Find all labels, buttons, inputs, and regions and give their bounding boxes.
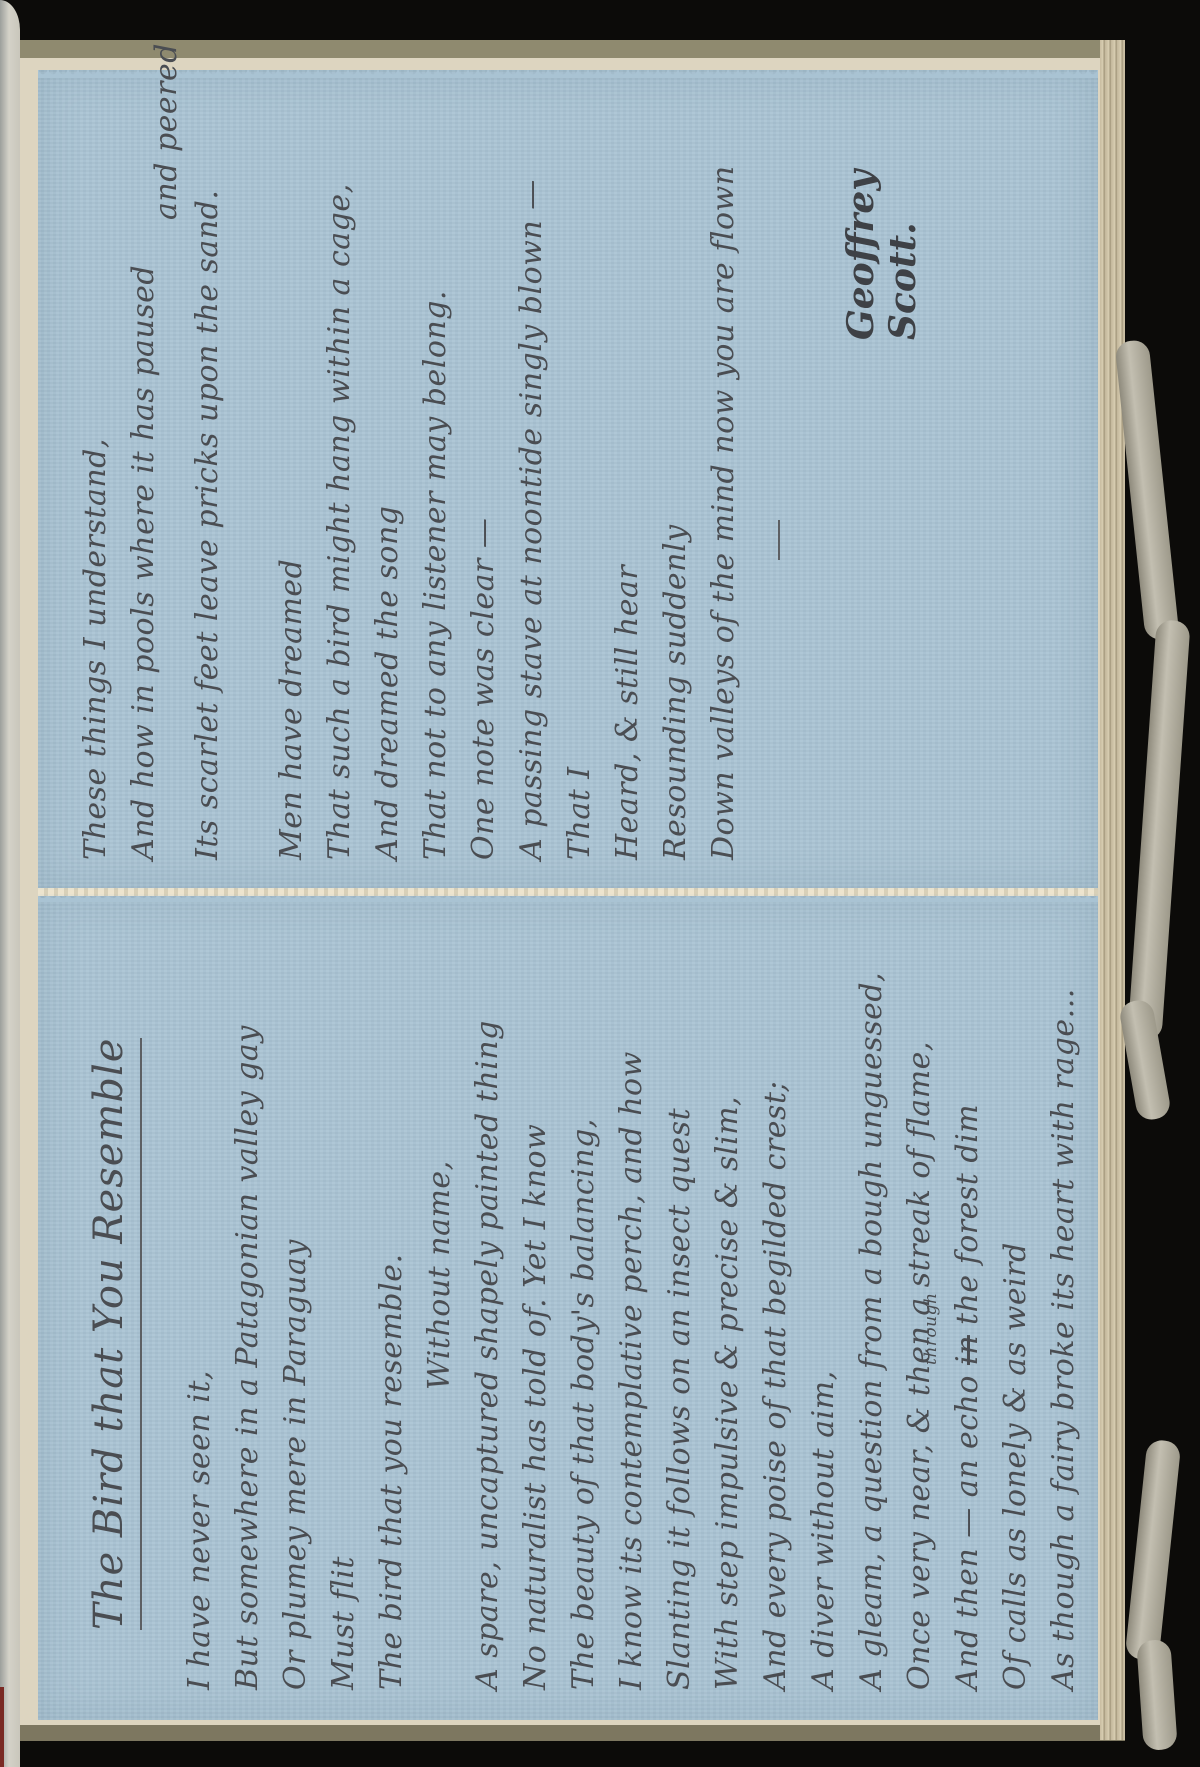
poem-line: One note was clear —	[460, 100, 508, 860]
poem-line: And every poise of that begilded crest;	[752, 924, 800, 1690]
poem-lines-page-one: I have never seen it, But somewhere in a…	[176, 924, 1088, 1690]
poem-line: With step impulsive & precise & slim,	[704, 924, 752, 1690]
poem-line: But somewhere in a Patagonian valley gay	[224, 924, 272, 1690]
poem-line: Heard, & still hear	[604, 100, 652, 860]
poem-line: Its scarlet feet leave pricks upon the s…	[184, 100, 232, 860]
album-top-edge	[20, 40, 1125, 58]
poem-line: Must flit	[320, 924, 368, 1690]
poem-line-with-correction: And then — an echo through in the forest…	[944, 924, 992, 1690]
poem-page-two: These things I understand, And how in po…	[38, 70, 1098, 890]
poem-line: No naturalist has told of. Yet I know	[512, 924, 560, 1690]
poem-line: A spare, uncaptured shapely painted thin…	[464, 924, 512, 1690]
poem-line: Men have dreamed	[268, 100, 316, 860]
inserted-word: through	[922, 1293, 940, 1365]
poem-line: The beauty of that body's balancing,	[560, 924, 608, 1690]
poem-line: As though a fairy broke its heart with r…	[1040, 924, 1088, 1690]
poem-line: Down valleys of the mind now you are flo…	[700, 100, 748, 860]
poem-line: These things I understand,	[72, 100, 120, 860]
previous-leaf-edge	[0, 0, 20, 1767]
poem-line: The bird that you resemble.	[368, 924, 416, 1690]
poem-line-text: the forest dim	[950, 1104, 985, 1325]
poem-line: Slanting it follows on an insect quest	[656, 924, 704, 1690]
poem-line: A gleam, a question from a bough unguess…	[848, 924, 896, 1690]
poem-line: That I	[556, 100, 604, 860]
author-signature: Geoffrey Scott.	[840, 100, 924, 340]
end-dash-mark	[778, 520, 780, 560]
page-stack-edge	[1100, 40, 1125, 1740]
poem-lines-page-two: These things I understand, And how in po…	[72, 100, 748, 860]
poem-line: A diver without aim,	[800, 924, 848, 1690]
poem-line: And dreamed the song	[364, 100, 412, 860]
poem-line: I know its contemplative perch, and how	[608, 924, 656, 1690]
poem-line: I have never seen it,	[176, 924, 224, 1690]
poem-line: Without name,	[416, 924, 464, 1690]
struck-word: in	[950, 1335, 985, 1365]
poem-line: A passing stave at noontide singly blown…	[508, 100, 556, 860]
handwritten-correction: through in	[944, 1335, 992, 1365]
poem-line: That not to any listener may belong.	[412, 100, 460, 860]
poem-line: Or plumey mere in Paraguay	[272, 924, 320, 1690]
poem-line: That such a bird might hang within a cag…	[316, 100, 364, 860]
poem-line-text: And then — an echo	[950, 1375, 985, 1690]
album-bottom-edge	[20, 1725, 1125, 1741]
poem-title: The Bird that You Resemble	[86, 1038, 142, 1630]
poem-line: Resounding suddenly	[652, 100, 700, 860]
poem-line: Of calls as lonely & as weird	[992, 924, 1040, 1690]
poem-page-one: The Bird that You Resemble I have never …	[38, 894, 1098, 1720]
leaf-red-edge	[0, 1687, 4, 1767]
